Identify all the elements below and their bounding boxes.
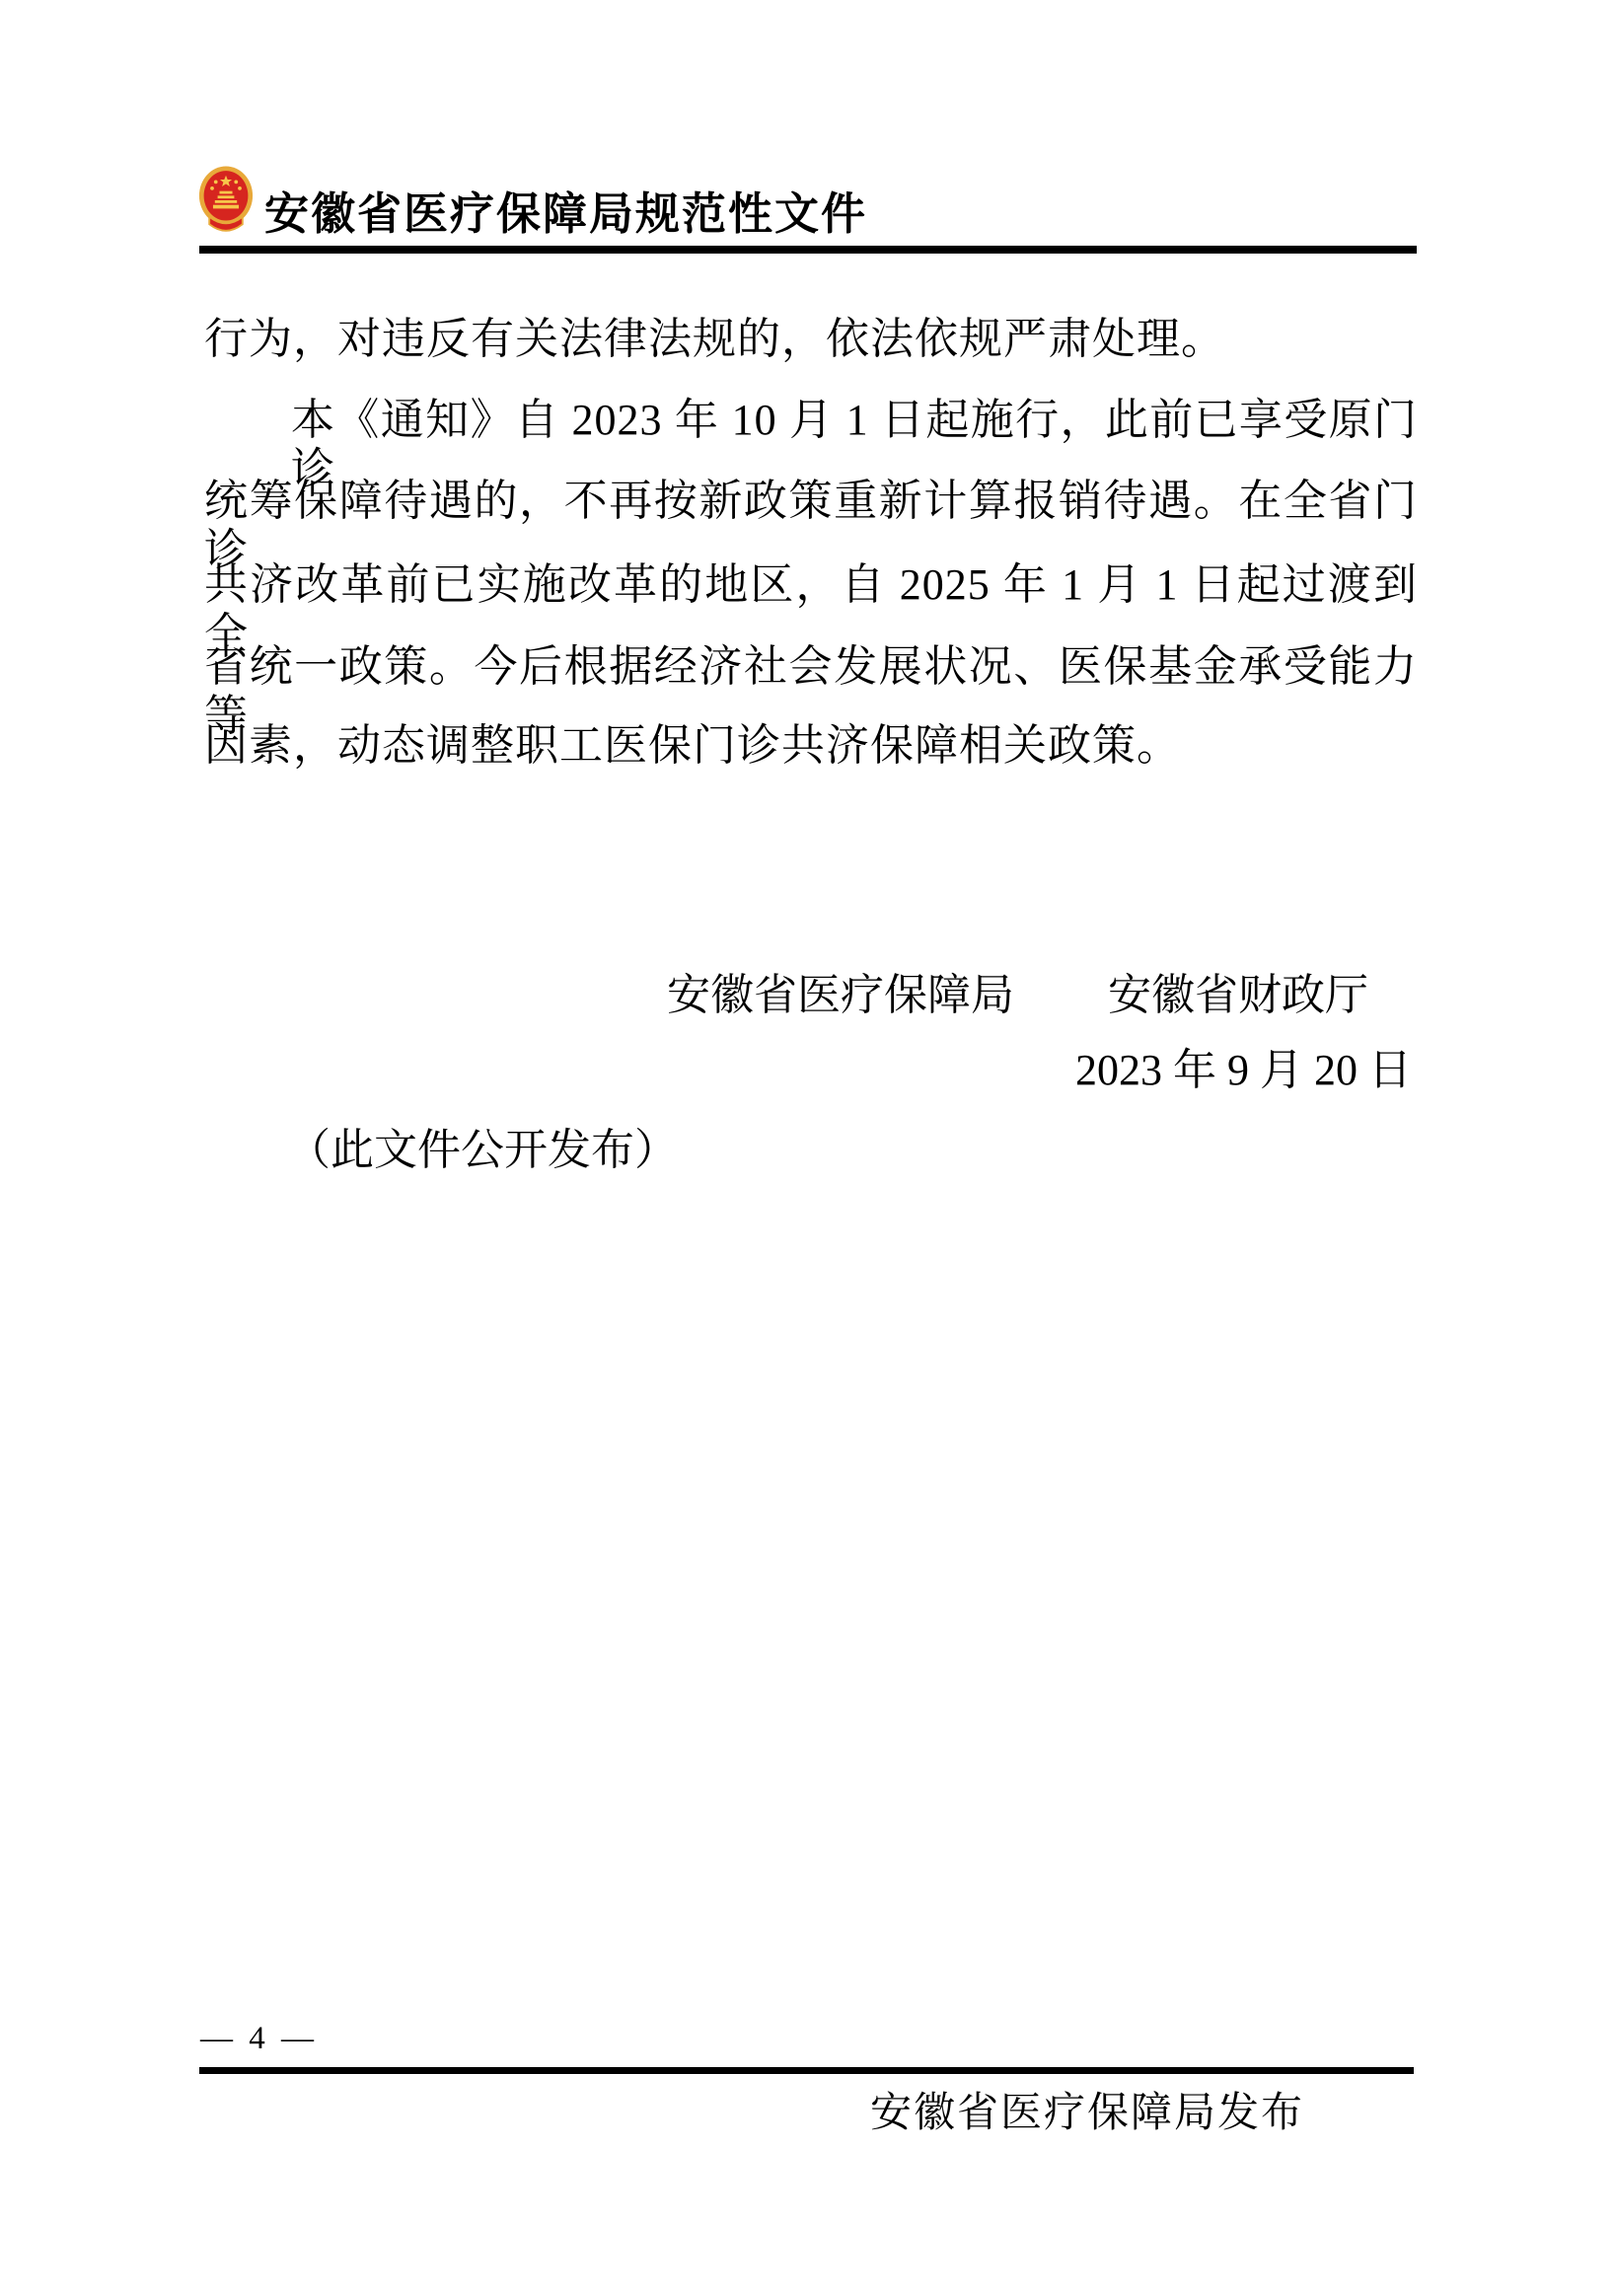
body-line: 行为，对违反有关法律法规的，依法依规严肃处理。 xyxy=(204,315,1418,366)
signature-org-finance-dept: 安徽省财政厅 xyxy=(1108,971,1368,1020)
national-emblem-icon xyxy=(198,165,254,236)
footer-publisher: 安徽省医疗保障局发布 xyxy=(870,2090,1304,2137)
signature-organizations: 安徽省医疗保障局 安徽省财政厅 xyxy=(667,971,1368,1020)
body-line: 省统一政策。今后根据经济社会发展状况、医保基金承受能力等 xyxy=(204,642,1418,694)
footer-rule xyxy=(199,2067,1414,2074)
document-page: 安徽省医疗保障局规范性文件 行为，对违反有关法律法规的，依法依规严肃处理。 本《… xyxy=(0,0,1616,2296)
body-line: 本《通知》自 2023 年 10 月 1 日起施行，此前已享受原门诊 xyxy=(204,396,1418,447)
public-release-note: （此文件公开发布） xyxy=(287,1125,678,1176)
body-line: 因素，动态调整职工医保门诊共济保障相关政策。 xyxy=(204,721,1418,773)
signature-org-medical-bureau: 安徽省医疗保障局 xyxy=(667,971,1014,1020)
signature-date: 2023 年 9 月 20 日 xyxy=(1075,1046,1412,1095)
document-series-title: 安徽省医疗保障局规范性文件 xyxy=(264,178,867,242)
body-line: 共济改革前已实施改革的地区，自 2025 年 1 月 1 日起过渡到全 xyxy=(204,560,1418,612)
header-rule xyxy=(199,246,1417,254)
page-number: — 4 — xyxy=(200,2021,318,2056)
body-line: 统筹保障待遇的，不再按新政策重新计算报销待遇。在全省门诊 xyxy=(204,477,1418,528)
